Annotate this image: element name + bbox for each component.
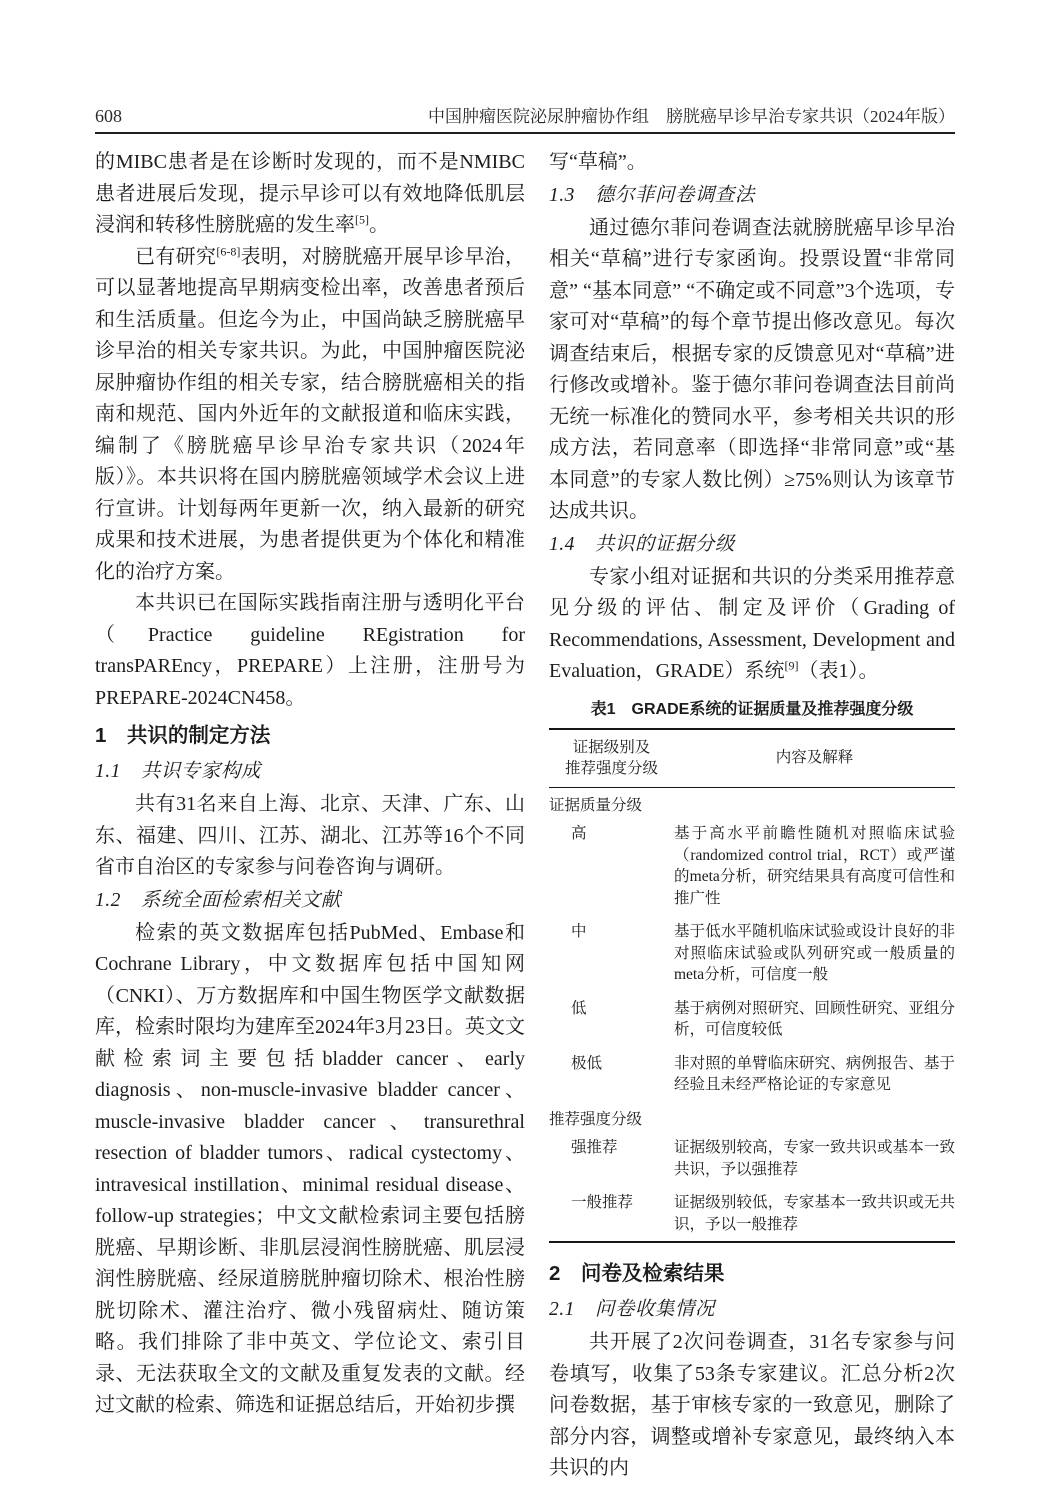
paragraph: 共有31名来自上海、北京、天津、广东、山东、福建、四川、江苏、湖北、江苏等16个… — [95, 789, 525, 884]
subsection-heading-1-3: 1.3 德尔菲问卷调查法 — [549, 180, 955, 212]
header-rule — [95, 132, 955, 134]
section-heading-1: 1 共识的制定方法 — [95, 719, 525, 753]
row-desc: 基于高水平前瞻性随机对照临床试验（randomized control tria… — [674, 823, 955, 909]
paragraph-text: 专家小组对证据和共识的分类采用推荐意见分级的评估、制定及评价（Grading o… — [549, 566, 955, 683]
paragraph-text: 的MIBC患者是在诊断时发现的，而不是NMIBC患者进展后发现，提示早诊可以有效… — [95, 151, 525, 236]
two-column-body: 的MIBC患者是在诊断时发现的，而不是NMIBC患者进展后发现，提示早诊可以有效… — [95, 147, 955, 1485]
table-title: 表1 GRADE系统的证据质量及推荐强度分级 — [549, 700, 955, 720]
subsection-heading-1-2: 1.2 系统全面检索相关文献 — [95, 885, 525, 917]
paragraph: 专家小组对证据和共识的分类采用推荐意见分级的评估、制定及评价（Grading o… — [549, 562, 955, 688]
table-group-quality: 证据质量分级 — [549, 788, 955, 818]
row-desc: 证据级别较低，专家基本一致共识或无共识，予以一般推荐 — [674, 1192, 955, 1235]
citation-ref: [9] — [785, 658, 799, 672]
page-number: 608 — [95, 106, 122, 127]
row-desc: 基于病例对照研究、回顾性研究、亚组分析，可信度较低 — [674, 998, 955, 1041]
row-label: 一般推荐 — [549, 1192, 674, 1235]
table-header-row: 证据级别及 推荐强度分级 内容及解释 — [549, 730, 955, 788]
row-label: 高 — [549, 823, 674, 909]
paragraph-text: 表明，对膀胱癌开展早诊早治，可以显著地提高早期病变检出率，改善患者预后和生活质量… — [95, 246, 525, 583]
row-label: 强推荐 — [549, 1137, 674, 1180]
row-desc: 基于低水平随机临床试验或设计良好的非对照临床试验或队列研究或一般质量的meta分… — [674, 921, 955, 986]
running-header: 608 中国肿瘤医院泌尿肿瘤协作组 膀胱癌早诊早治专家共识（2024年版） — [95, 0, 955, 127]
table-header-level-line1: 证据级别及 — [549, 737, 674, 759]
paragraph: 本共识已在国际实践指南注册与透明化平台（Practice guideline R… — [95, 588, 525, 714]
table-header-content: 内容及解释 — [674, 747, 955, 769]
paragraph: 检索的英文数据库包括PubMed、Embase和Cochrane Library… — [95, 918, 525, 1422]
subsection-heading-1-4: 1.4 共识的证据分级 — [549, 529, 955, 561]
section-heading-2: 2 问卷及检索结果 — [549, 1257, 955, 1291]
row-label: 中 — [549, 921, 674, 986]
row-desc: 证据级别较高，专家一致共识或基本一致共识，予以强推荐 — [674, 1137, 955, 1180]
row-label: 极低 — [549, 1053, 674, 1096]
grade-table: 证据级别及 推荐强度分级 内容及解释 证据质量分级 高 基于高水平前瞻性随机对照… — [549, 728, 955, 1244]
subsection-heading-2-1: 2.1 问卷收集情况 — [549, 1294, 955, 1326]
subsection-heading-1-1: 1.1 共识专家构成 — [95, 756, 525, 788]
table-row: 强推荐 证据级别较高，专家一致共识或基本一致共识，予以强推荐 — [549, 1131, 955, 1186]
paragraph: 共开展了2次问卷调查，31名专家参与问卷填写，收集了53条专家建议。汇总分析2次… — [549, 1327, 955, 1485]
running-title: 中国肿瘤医院泌尿肿瘤协作组 膀胱癌早诊早治专家共识（2024年版） — [428, 102, 955, 127]
table-row: 低 基于病例对照研究、回顾性研究、亚组分析，可信度较低 — [549, 992, 955, 1047]
table-header-level-line2: 推荐强度分级 — [549, 758, 674, 780]
paragraph: 的MIBC患者是在诊断时发现的，而不是NMIBC患者进展后发现，提示早诊可以有效… — [95, 147, 525, 242]
paragraph: 写“草稿”。 — [549, 147, 955, 179]
paragraph-text: （表1）。 — [799, 660, 879, 682]
table-row: 一般推荐 证据级别较低，专家基本一致共识或无共识，予以一般推荐 — [549, 1186, 955, 1241]
document-page: 608 中国肿瘤医院泌尿肿瘤协作组 膀胱癌早诊早治专家共识（2024年版） 的M… — [0, 0, 1050, 1485]
table-row: 中 基于低水平随机临床试验或设计良好的非对照临床试验或队列研究或一般质量的met… — [549, 915, 955, 992]
table-header-level: 证据级别及 推荐强度分级 — [549, 737, 674, 780]
row-label: 低 — [549, 998, 674, 1041]
paragraph-text: 已有研究 — [135, 246, 216, 268]
citation-ref: [5] — [355, 212, 369, 226]
table-row: 高 基于高水平前瞻性随机对照临床试验（randomized control tr… — [549, 817, 955, 915]
table-group-strength: 推荐强度分级 — [549, 1102, 955, 1132]
paragraph: 已有研究[6-8]表明，对膀胱癌开展早诊早治，可以显著地提高早期病变检出率，改善… — [95, 242, 525, 589]
row-desc: 非对照的单臂临床研究、病例报告、基于经验且未经严格论证的专家意见 — [674, 1053, 955, 1096]
paragraph: 通过德尔菲问卷调查法就膀胱癌早诊早治相关“草稿”进行专家函询。投票设置“非常同意… — [549, 213, 955, 528]
right-column: 写“草稿”。 1.3 德尔菲问卷调查法 通过德尔菲问卷调查法就膀胱癌早诊早治相关… — [549, 147, 955, 1485]
table-row: 极低 非对照的单臂临床研究、病例报告、基于经验且未经严格论证的专家意见 — [549, 1047, 955, 1102]
paragraph-text: 。 — [369, 214, 389, 236]
citation-ref: [6-8] — [216, 244, 240, 258]
left-column: 的MIBC患者是在诊断时发现的，而不是NMIBC患者进展后发现，提示早诊可以有效… — [95, 147, 525, 1485]
